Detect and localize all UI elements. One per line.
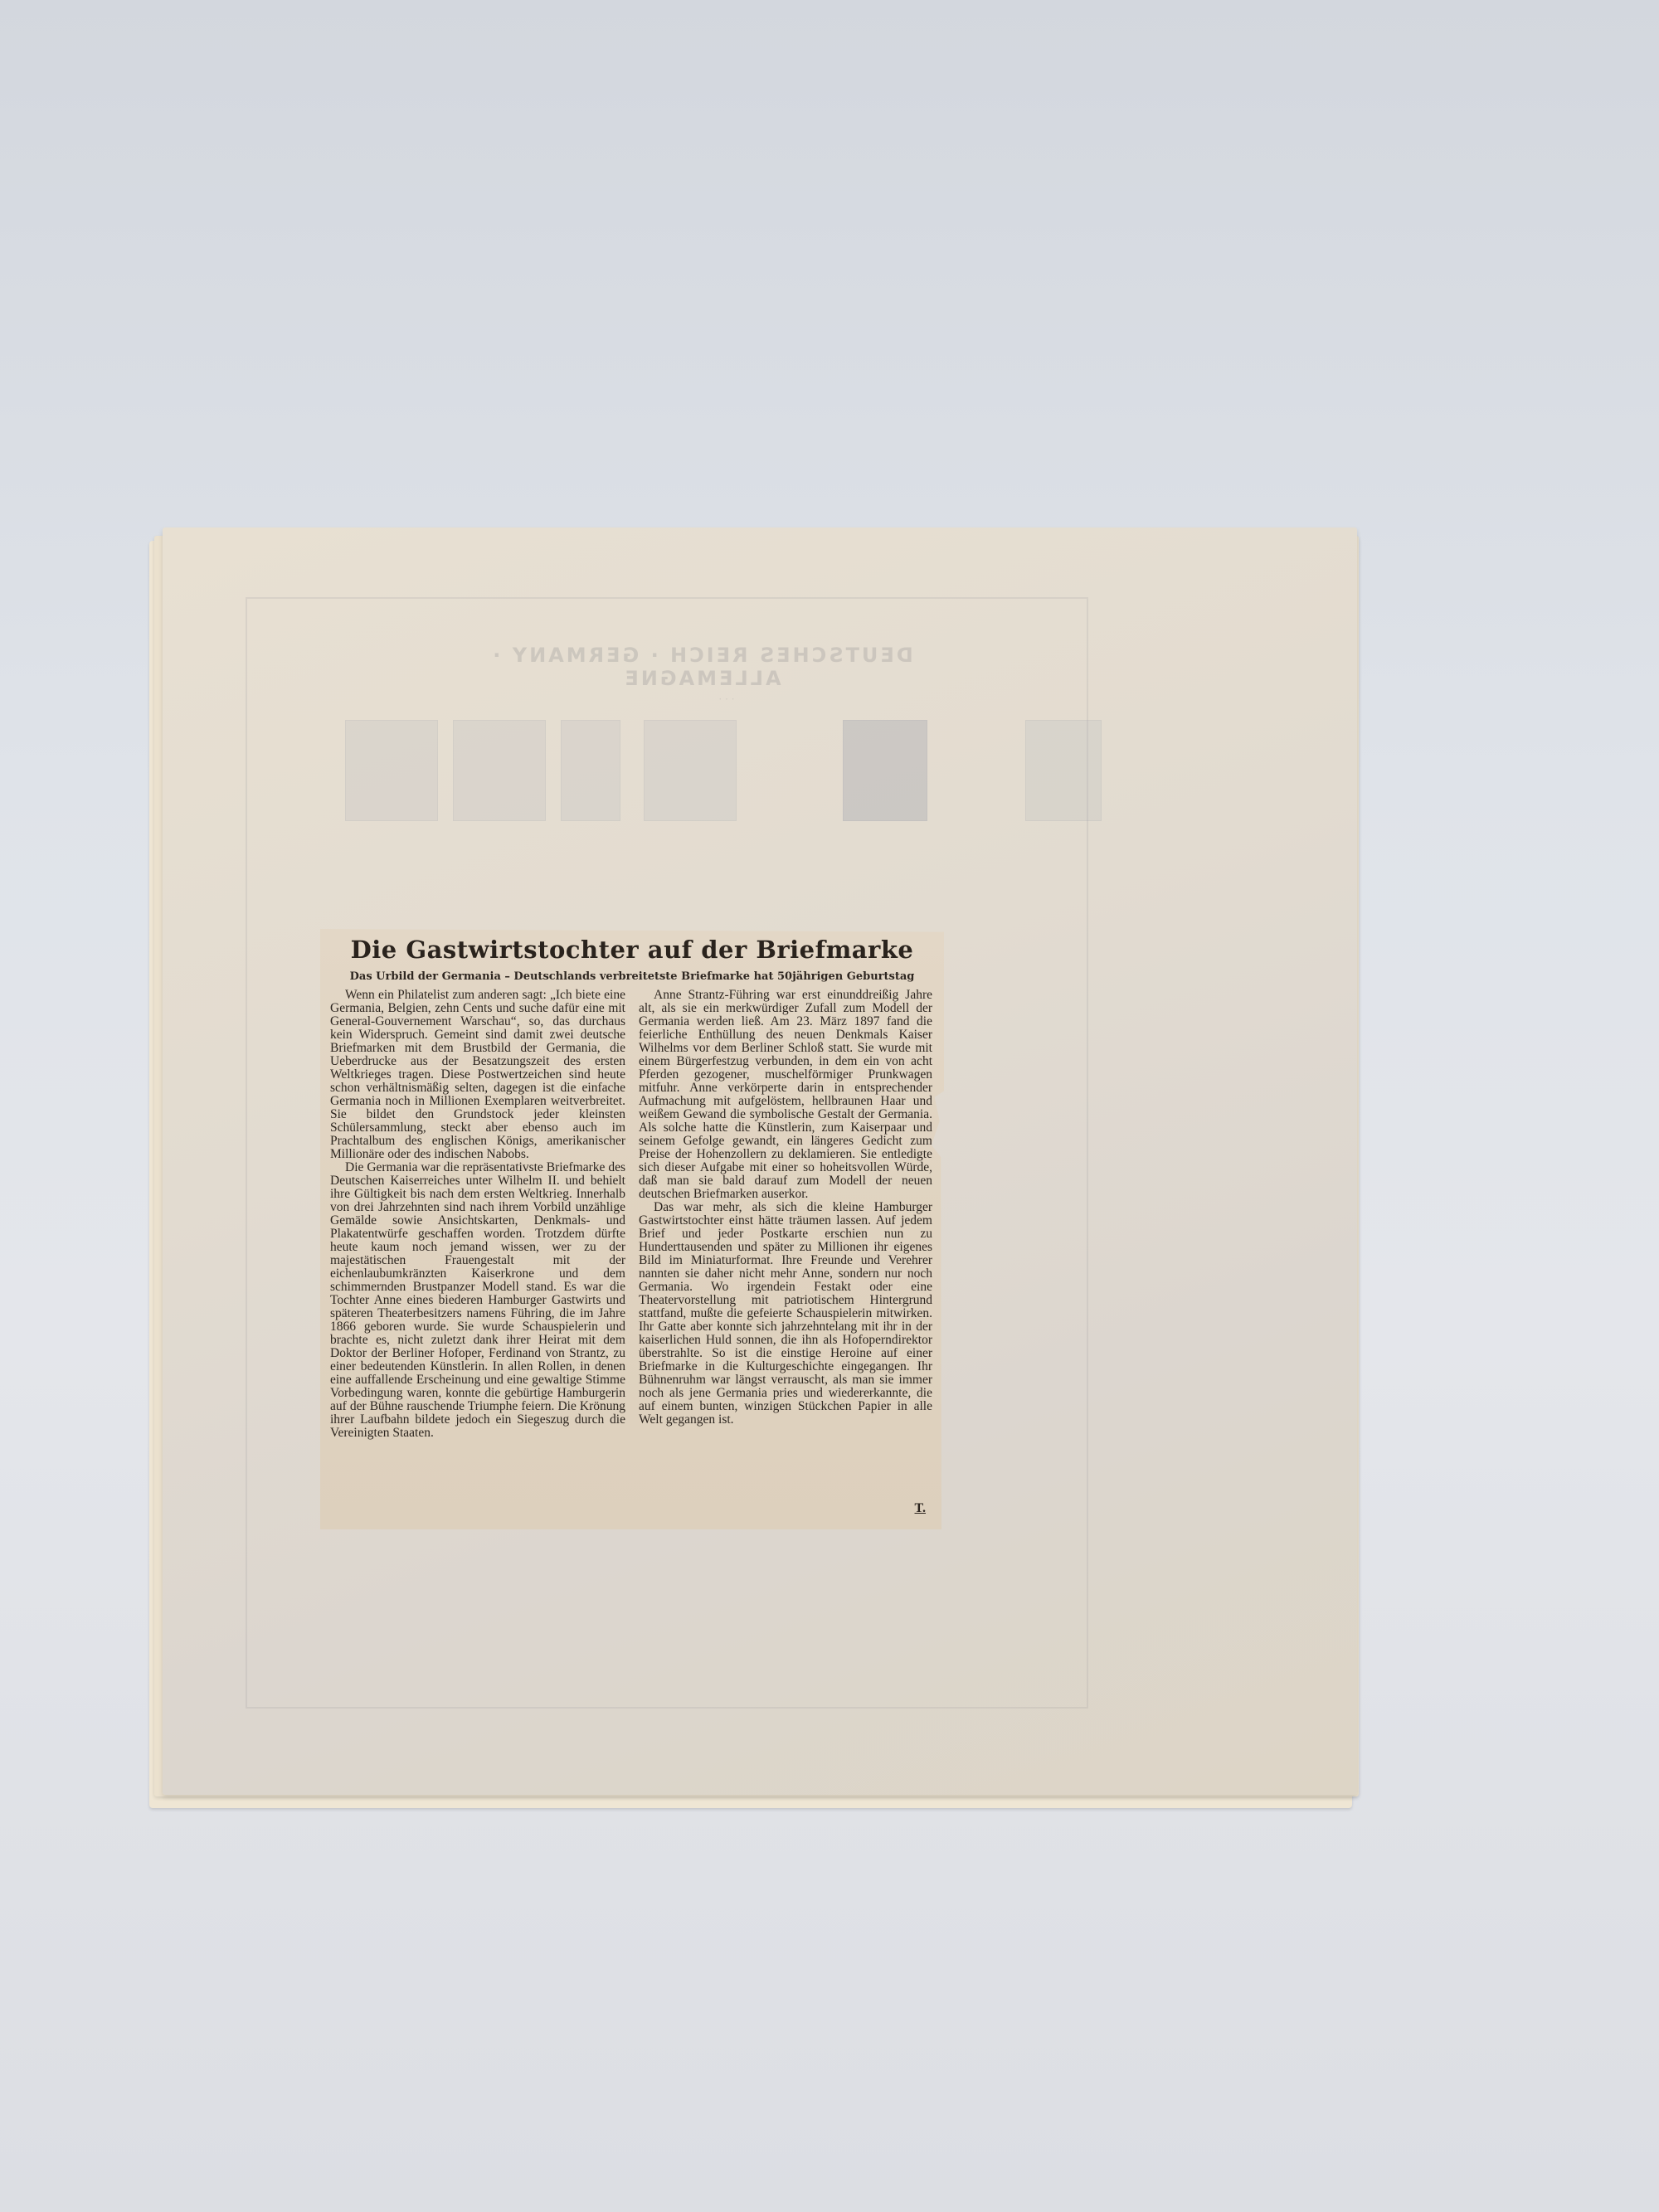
show-through-stamp-box [644,720,737,821]
article-paragraph: Anne Strantz-Führing war erst einunddrei… [639,989,932,1201]
article-column-left: Wenn ein Philatelist zum anderen sagt: „… [330,989,625,1440]
article-paragraph: Das war mehr, als sich die kleine Hambur… [639,1201,932,1427]
show-through-country-title: DEUTSCHES REICH · GERMANY · ALLEMAGNE [411,644,992,690]
show-through-stamp-box [561,720,620,821]
show-through-stamp-box [1025,720,1102,821]
show-through-stamp-image [843,720,927,821]
article-column-right: Anne Strantz-Führing war erst einunddrei… [639,989,932,1427]
show-through-subtitle: · · · [602,693,851,705]
article-subheadline: Das Urbild der Germania – Deutschlands v… [320,970,944,983]
show-through-stamp-box [345,720,438,821]
show-through-stamp-box [453,720,546,821]
article-headline: Die Gastwirtstochter auf der Briefmarke [320,936,944,964]
article-paragraph: Die Germania war die repräsentativste Br… [330,1161,625,1440]
author-signature: T. [915,1501,926,1516]
newspaper-clipping: Die Gastwirtstochter auf der Briefmarke … [320,929,944,1529]
article-paragraph: Wenn ein Philatelist zum anderen sagt: „… [330,989,625,1161]
